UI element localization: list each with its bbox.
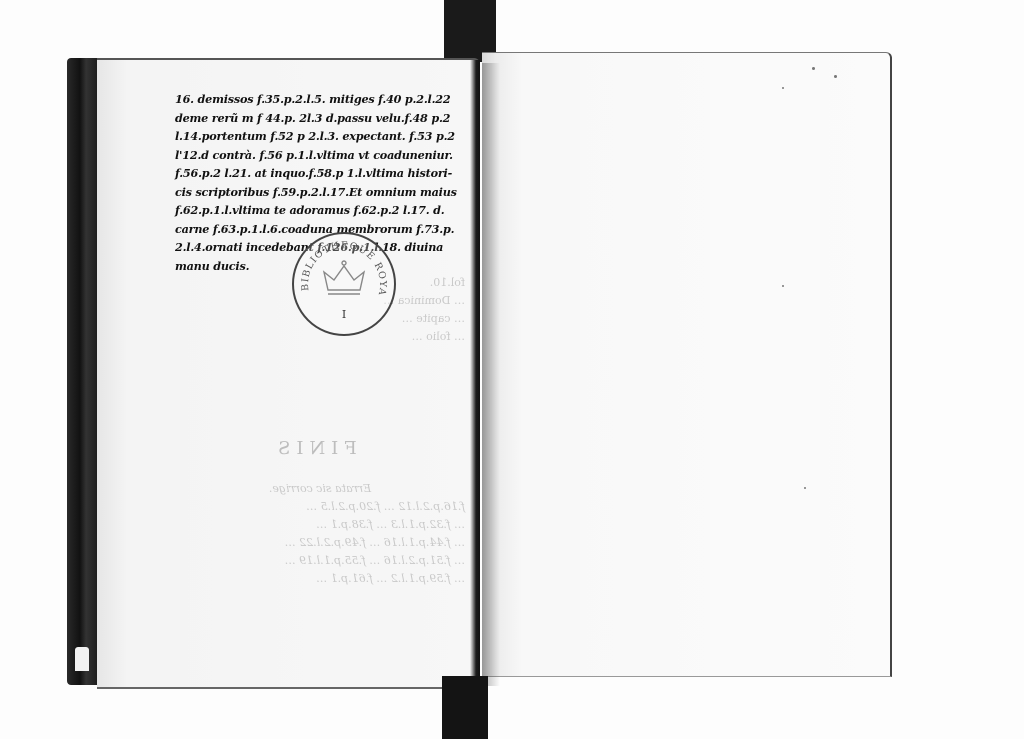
paper-speck: [834, 75, 837, 78]
bleed-line: f.16.p.2.l.12 … f.20.p.2.l.5 …: [175, 498, 465, 516]
spine-shadow: [470, 60, 480, 687]
bleed-through-lower: Errata sic corrige. f.16.p.2.l.12 … f.20…: [175, 480, 465, 588]
stamp-text: BIBLIOTHEQUE ROYALE: [294, 234, 388, 297]
stamp-number: I: [342, 308, 346, 321]
paper-speck: [804, 487, 806, 489]
paper-speck: [812, 67, 815, 70]
errata-line: f.62.p.1.l.vltima te adoramus f.62.p.2 l…: [175, 201, 465, 220]
cover-tab: [75, 647, 89, 671]
bleed-line: … f.59.p.1.l.2 … f.61.p.1 …: [175, 570, 465, 588]
binding-strap-bottom: [442, 676, 488, 739]
right-page-blank: [482, 52, 892, 677]
errata-line: l'12.d contrà. f.56 p.1.l.vltima vt coad…: [175, 146, 465, 165]
bleed-line: … f.51.p.2.l.16 … f.55.p.1.l.19 …: [175, 552, 465, 570]
crown-icon: [324, 261, 364, 294]
errata-line: deme rerũ m f 44.p. 2l.3 d.passu velu.f.…: [175, 109, 465, 128]
library-stamp: BIBLIOTHEQUE ROYALE I: [292, 232, 396, 336]
gutter-shadow: [482, 63, 500, 686]
errata-line: cis scriptoribus f.59.p.2.l.17.Et omnium…: [175, 183, 465, 202]
svg-text:BIBLIOTHEQUE ROYALE: BIBLIOTHEQUE ROYALE: [294, 234, 388, 297]
paper-speck: [782, 285, 784, 287]
left-page: fol.10. … Dominica … … capite … … folio …: [97, 58, 480, 689]
stamp-graphic: BIBLIOTHEQUE ROYALE I: [294, 234, 394, 334]
book-cover-edge: [67, 58, 99, 685]
errata-line: f.56.p.2 l.21. at inquo.f.58.p 1.l.vltim…: [175, 164, 465, 183]
bleed-heading: Errata sic corrige.: [175, 480, 465, 498]
bleed-finis: FINIS: [272, 438, 357, 459]
paper-speck: [782, 87, 784, 89]
errata-line: l.14.portentum f.52 p 2.l.3. expectant. …: [175, 127, 465, 146]
bleed-line: … f.32.p.1.l.3 … f.38.p.1 …: [175, 516, 465, 534]
errata-line: 16. demissos f.35.p.2.l.5. mitiges f.40 …: [175, 90, 465, 109]
bleed-line: … f.44.p.1.l.16 … f.49.p.2.l.22 …: [175, 534, 465, 552]
